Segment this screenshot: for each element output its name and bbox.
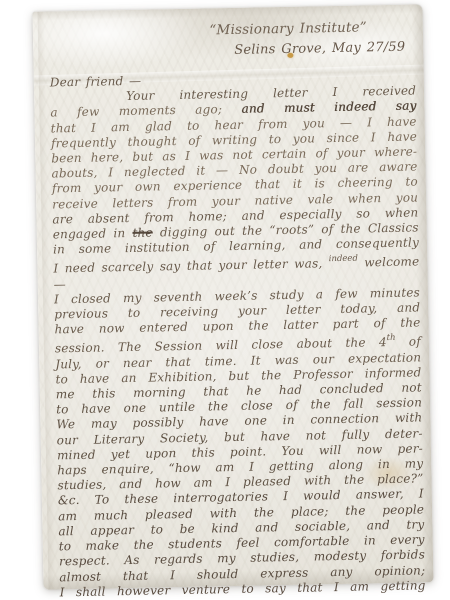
letter-word-sup: th [387,333,396,343]
letter-text: of [395,335,421,349]
letter-lines: Your interesting letter I receiveda few … [50,84,426,600]
letter-content: “Missionary Institute” Selins Grove, May… [32,4,433,589]
letter-word-strike: the [132,226,153,240]
letter-text: engaged in [53,226,133,242]
letter-text: I need scarcely say that your letter was… [53,257,329,276]
paper-sheet: “Missionary Institute” Selins Grove, May… [32,4,433,589]
letter-photo: { "photo": { "background_color": "#fffff… [0,0,450,600]
letter-word-sup: indeed [329,254,358,265]
